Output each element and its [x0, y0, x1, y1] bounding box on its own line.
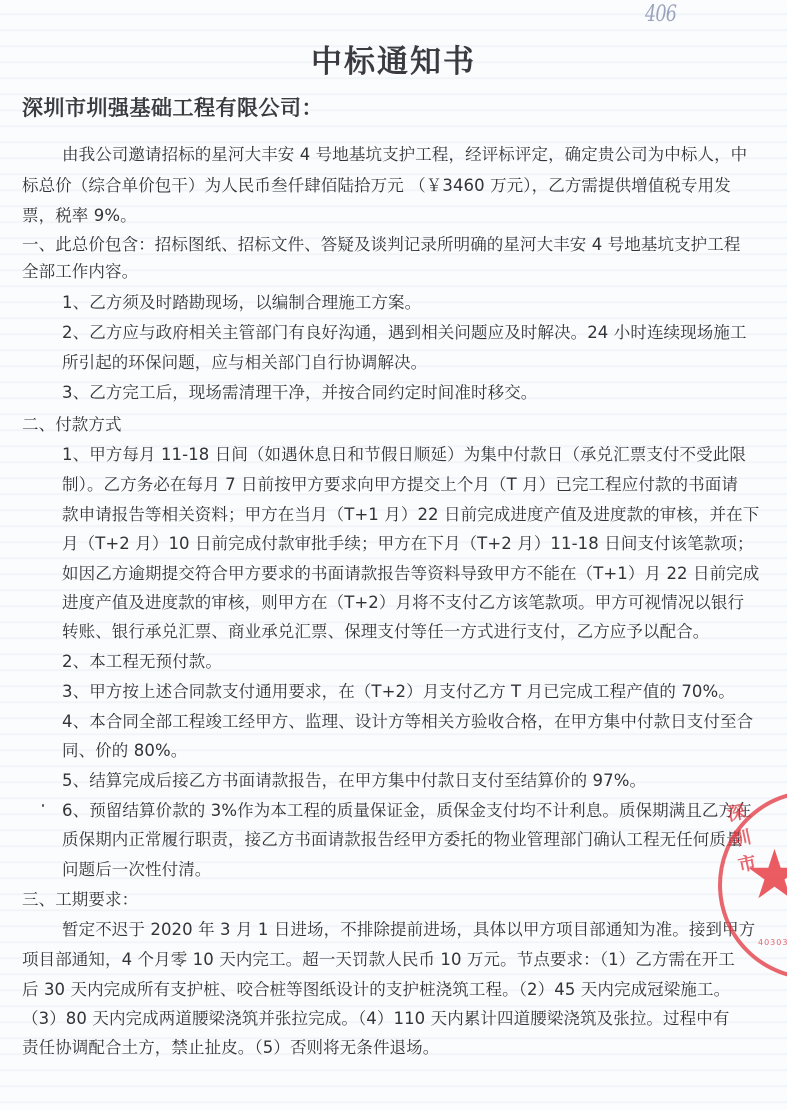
body-line: 二、付款方式: [22, 410, 122, 440]
body-line: （3）80 天内完成两道腰梁浇筑并张拉完成。（4）110 天内累计四道腰梁浇筑及…: [22, 1004, 729, 1034]
body-line: 款申请报告等相关资料；甲方在当月（T+1 月）22 日前完成进度产值及进度款的审…: [62, 500, 759, 530]
body-line: 3、甲方按上述合同款支付通用要求，在（T+2）月支付乙方 T 月已完成工程产值的…: [62, 677, 735, 707]
handwritten-page-number: 406: [645, 2, 676, 27]
body-line: 质保期内正常履行职责，接乙方书面请款报告经甲方委托的物业管理部门确认工程无任何质…: [62, 825, 743, 855]
document-title: 中标通知书: [0, 36, 787, 81]
body-line: 同、价的 80%。: [62, 736, 187, 766]
body-line: 3、乙方完工后，现场需清理干净，并按合同约定时间准时移交。: [62, 378, 537, 408]
body-line: 由我公司邀请招标的星河大丰安 4 号地基坑支护工程，经评标评定，确定贵公司为中标…: [62, 140, 747, 170]
body-line: 6、预留结算价款的 3%作为本工程的质量保证金，质保金支付均不计利息。质保期满且…: [62, 796, 752, 826]
seal-code: 4030305: [758, 938, 787, 947]
body-line: 转账、银行承兑汇票、商业承兑汇票、保理支付等任一方式进行支付，乙方应予以配合。: [62, 617, 709, 647]
body-line: 后 30 天内完成所有支护桩、咬合桩等图纸设计的支护桩浇筑工程。（2）45 天内…: [22, 975, 730, 1005]
body-line: 4、本合同全部工程竣工经甲方、监理、设计方等相关方验收合格，在甲方集中付款日支付…: [62, 707, 753, 737]
body-line: 全部工作内容。: [22, 257, 138, 287]
body-line: 进度产值及进度款的审核，则甲方在（T+2）月将不支付乙方该笔款项。甲方可视情况以…: [62, 588, 744, 618]
body-line: 1、乙方须及时踏勘现场，以编制合理施工方案。: [62, 288, 421, 318]
body-line: 问题后一次性付清。: [62, 855, 211, 885]
body-line: 一、此总价包含：招标图纸、招标文件、答疑及谈判记录所明确的星河大丰安 4 号地基…: [22, 230, 741, 260]
scan-speck: [42, 804, 44, 807]
body-line: 责任协调配合土方，禁止扯皮。（5）否则将无条件退场。: [22, 1033, 439, 1063]
body-line: 如因乙方逾期提交符合甲方要求的书面请款报告等资料导致甲方不能在（T+1）月 22…: [62, 559, 759, 589]
addressee: 深圳市圳强基础工程有限公司：: [22, 92, 323, 122]
body-line: 月（T+2 月）10 日前完成付款审批手续；甲方在下月（T+2 月）11-18 …: [62, 529, 754, 559]
body-line: 标总价（综合单价包干）为人民币叁仟肆佰陆拾万元 （￥3460 万元），乙方需提供…: [22, 171, 731, 201]
body-line: 5、结算完成后接乙方书面请款报告，在甲方集中付款日支付至结算价的 97%。: [62, 766, 646, 796]
body-line: 2、本工程无预付款。: [62, 647, 222, 677]
seal-star-icon: ★: [744, 842, 787, 910]
body-line: 暂定不迟于 2020 年 3 月 1 日进场，不排除提前进场，具体以甲方项目部通…: [62, 915, 755, 945]
body-line: 1、甲方每月 11-18 日间（如遇休息日和节假日顺延）为集中付款日（承兑汇票支…: [62, 440, 746, 470]
body-line: 三、工期要求：: [22, 885, 138, 915]
body-line: 票，税率 9%。: [22, 201, 137, 231]
body-line: 所引起的环保问题，应与相关部门自行协调解决。: [62, 348, 427, 378]
body-line: 2、乙方应与政府相关主管部门有良好沟通，遇到相关问题应及时解决。24 小时连续现…: [62, 318, 747, 348]
body-line: 制）。乙方务必在每月 7 日前按甲方要求向甲方提交上个月（T 月）已完工程应付款…: [62, 470, 738, 500]
body-line: 项目部通知，4 个月零 10 天内完工。超一天罚款人民币 10 万元。节点要求：…: [22, 945, 735, 975]
